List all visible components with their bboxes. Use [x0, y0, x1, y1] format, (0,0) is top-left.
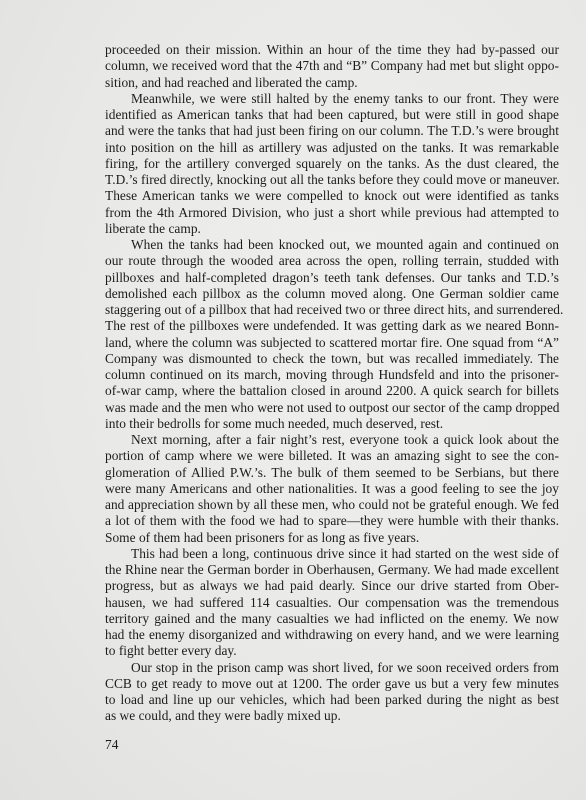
paragraph-3: When the tanks had been knocked out, we … — [105, 237, 559, 432]
text-line: pillboxes and half-completed dragon’s te… — [105, 270, 559, 286]
text-line: had the enemy disorganized and withdrawi… — [105, 627, 559, 643]
text-line: column, we received word that the 47th a… — [105, 58, 559, 74]
text-line: progress, but as always we had paid dear… — [105, 578, 559, 594]
paragraph-1: proceeded on their mission. Within an ho… — [105, 42, 559, 91]
text-line: into their bedrolls for some much needed… — [105, 416, 559, 432]
text-line: proceeded on their mission. Within an ho… — [105, 42, 559, 58]
text-line: to fight better every day. — [105, 643, 559, 659]
text-line: a lot of them with the food we had to sp… — [105, 513, 559, 529]
paragraph-6: Our stop in the prison camp was short li… — [105, 660, 559, 725]
text-line: were many Americans and other nationalit… — [105, 481, 559, 497]
text-line: of-war camp, where the battalion closed … — [105, 383, 559, 399]
paragraph-5: This had been a long, continuous drive s… — [105, 546, 559, 660]
text-line: and appreciation shown by all these men,… — [105, 497, 559, 513]
text-line: to load and line up our vehicles, which … — [105, 692, 559, 708]
text-line: The rest of the pillboxes were undefende… — [105, 318, 559, 334]
book-page: proceeded on their mission. Within an ho… — [0, 0, 586, 800]
text-line: CCB to get ready to move out at 1200. Th… — [105, 676, 559, 692]
text-line: staggering out of a pillbox that had rec… — [105, 302, 559, 318]
text-line: hausen, we had suffered 114 casualties. … — [105, 595, 559, 611]
text-line: Some of them had been prisoners for as l… — [105, 530, 559, 546]
text-line: Meanwhile, we were still halted by the e… — [105, 91, 559, 107]
text-line: into position on the hill as artillery w… — [105, 140, 559, 156]
text-line: Next morning, after a fair night’s rest,… — [105, 432, 559, 448]
text-line: liberate the camp. — [105, 221, 559, 237]
text-line: demolished each pillbox as the column mo… — [105, 286, 559, 302]
paragraph-4: Next morning, after a fair night’s rest,… — [105, 432, 559, 546]
text-line: sition, and had reached and liberated th… — [105, 75, 559, 91]
text-line: glomeration of Allied P.W.’s. The bulk o… — [105, 465, 559, 481]
text-line: land, where the column was subjected to … — [105, 335, 559, 351]
text-line: Our stop in the prison camp was short li… — [105, 660, 559, 676]
text-line: was made and the men who were not used t… — [105, 400, 559, 416]
paragraph-2: Meanwhile, we were still halted by the e… — [105, 91, 559, 237]
text-line: territory gained and the many casualties… — [105, 611, 559, 627]
page-number: 74 — [105, 737, 118, 753]
text-line: firing, for the artillery converged squa… — [105, 156, 559, 172]
text-line: from the 4th Armored Division, who just … — [105, 205, 559, 221]
text-line: These American tanks we were compelled t… — [105, 188, 559, 204]
text-line: Company was dismounted to check the town… — [105, 351, 559, 367]
text-line: identified as American tanks that had be… — [105, 107, 559, 123]
text-line: the Rhine near the German border in Ober… — [105, 562, 559, 578]
body-text: proceeded on their mission. Within an ho… — [105, 42, 559, 725]
text-line: portion of camp where we were billeted. … — [105, 448, 559, 464]
text-line: When the tanks had been knocked out, we … — [105, 237, 559, 253]
text-line: and were the tanks that had just been fi… — [105, 123, 559, 139]
text-line: column continued on its march, moving th… — [105, 367, 559, 383]
text-line: our route through the wooded area across… — [105, 253, 559, 269]
text-line: This had been a long, continuous drive s… — [105, 546, 559, 562]
text-line: T.D.’s fired directly, knocking out all … — [105, 172, 559, 188]
text-line: as we could, and they were badly mixed u… — [105, 708, 559, 724]
